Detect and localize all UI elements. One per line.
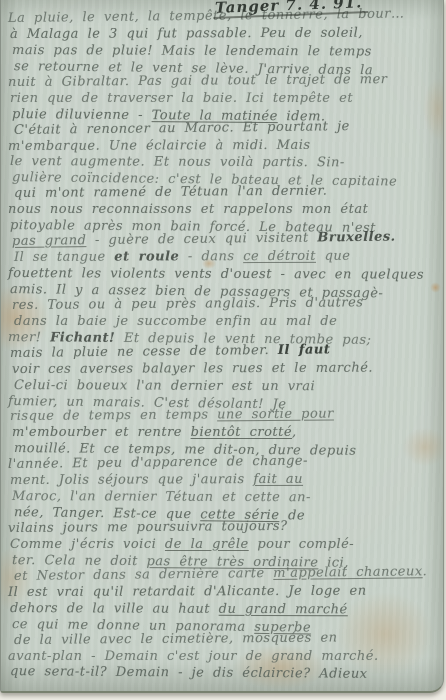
letter-line: Celui-ci boueux l'an dernier est un vrai (8, 378, 440, 396)
letter-line: risque de temps en temps une sortie pour (8, 406, 440, 425)
letter-line: pas grand - guère de ceux qui visitent B… (8, 229, 440, 250)
letter-line: dehors de la ville au haut du grand marc… (8, 601, 440, 619)
letter-line: de la ville avec le cimetière, mosquées … (8, 629, 440, 648)
letter-line: rien que de traverser la baie. Ici tempê… (8, 91, 440, 107)
letter-line: nuit à Gibraltar. Pas gai du tout le tra… (8, 71, 440, 90)
letter-line: voir ces averses balayer les rues et le … (8, 360, 440, 378)
letter-line: Maroc, l'an dernier Tétuan et cette an- (8, 489, 440, 507)
letter-line: l'année. Et peu d'apparence de change- (8, 452, 440, 473)
letter-line: nous nous reconnaissons et rappelons mon… (8, 202, 440, 218)
letter-line: m'embarque. Une éclaircie à midi. Mais (8, 137, 440, 155)
letter-line: Comme j'écris voici de la grêle pour com… (8, 537, 440, 553)
letter-line: ment. Jolis séjours que j'aurais fait au (8, 472, 440, 490)
letter-line: mais pas de pluie! Mais le lendemain le … (8, 43, 440, 61)
letter-line: avant-plan - Demain c'est jour de grand … (8, 649, 440, 665)
letter-line: le vent augmente. Et nous voilà partis. … (8, 154, 440, 172)
letter-line: vilains jours me poursuivra toujours? (8, 518, 440, 537)
letter-line: m'embourber et rentre bientôt crotté, (8, 425, 440, 441)
letter-line: à Malaga le 3 qui fut passable. Peu de s… (8, 25, 440, 43)
photograph-frame: Tanger 7. 4. 91. La pluie, le vent, la t… (0, 0, 446, 700)
letter-line: res. Tous ou à peu près anglais. Pris d'… (8, 295, 440, 314)
letter-line: dans la baie je succombe enfin au mal de (8, 314, 440, 330)
letter-line: qui m'ont ramené de Tétuan l'an dernier. (8, 183, 440, 202)
letter-page: Tanger 7. 4. 91. La pluie, le vent, la t… (0, 0, 444, 693)
letter-line: fouettent les violents vents d'ouest - a… (8, 266, 440, 284)
letter-line: que sera-t-il? Demain - je dis éclaircie… (8, 664, 440, 683)
letter-body: La pluie, le vent, la tempête, le tonner… (8, 11, 440, 680)
letter-line: Il est vrai qu'il retardait d'Alicante. … (8, 583, 440, 601)
letter-line: Il se tangue et roule - dans ce détroit … (8, 248, 440, 266)
